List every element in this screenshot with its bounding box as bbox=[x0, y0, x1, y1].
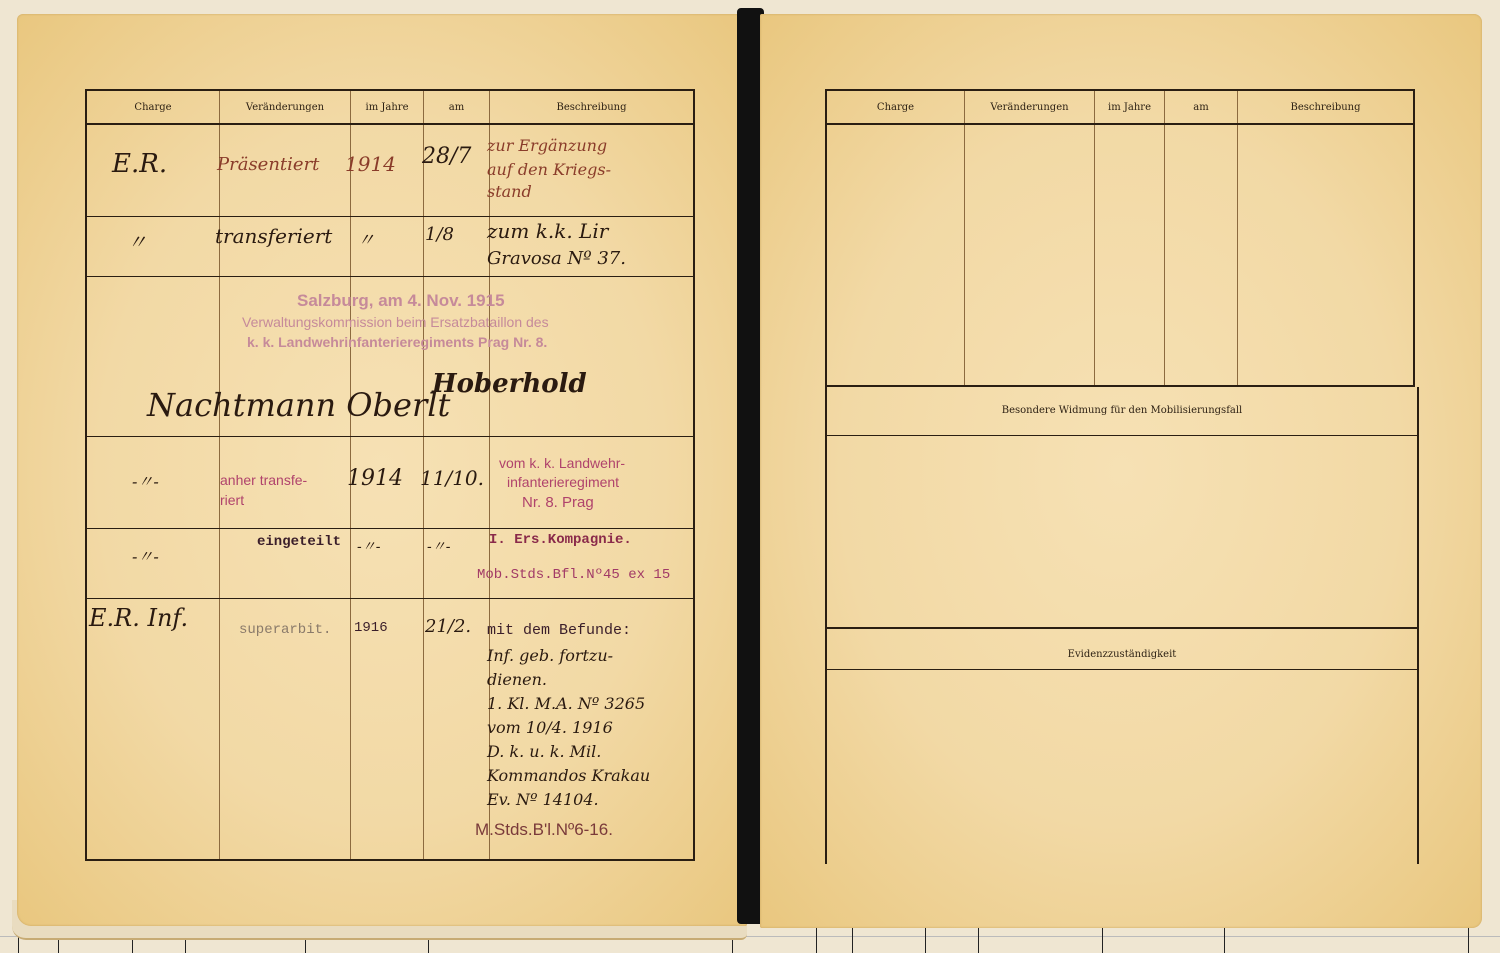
entry-1-jahr: 1914 bbox=[345, 152, 396, 176]
entry-6-beschreibung-line-6: D. k. u. k. Mil. bbox=[487, 742, 601, 761]
entry-2-am: 1/8 bbox=[425, 224, 454, 245]
entry-6-charge: E.R. Inf. bbox=[89, 604, 188, 632]
entry-6-beschreibung-line-1: mit dem Befunde: bbox=[487, 622, 631, 639]
column-header-veraenderungen: Veränderungen bbox=[965, 90, 1095, 124]
entry-4-veraenderung-line-1: anher transfe- bbox=[220, 472, 307, 488]
entry-4-beschreibung-line-3: Nr. 8. Prag bbox=[522, 494, 594, 511]
mobilization-section-title: Besondere Widmung für den Mobilisierungs… bbox=[827, 405, 1417, 416]
column-header-veraenderungen: Veränderungen bbox=[220, 90, 351, 124]
entry-5-reference: Mob.Stds.Bfl.Nº45 ex 15 bbox=[477, 567, 670, 583]
table-row bbox=[826, 124, 1414, 386]
right-page-frame: Besondere Widmung für den Mobilisierungs… bbox=[825, 387, 1419, 864]
entry-6-beschreibung-line-8: Ev. Nº 14104. bbox=[487, 790, 599, 809]
entry-5-charge: -〃- bbox=[132, 544, 159, 567]
entry-6-am: 21/2. bbox=[425, 616, 471, 637]
entry-4-beschreibung-line-1: vom k. k. Landwehr- bbox=[499, 455, 625, 471]
entry-4-veraenderung-line-2: riert bbox=[220, 492, 244, 508]
entry-1-beschreibung-line-3: stand bbox=[487, 182, 532, 201]
entry-6-beschreibung-line-3: dienen. bbox=[487, 670, 547, 689]
entry-6-beschreibung-line-4: 1. Kl. M.A. Nº 3265 bbox=[487, 694, 645, 713]
right-page: Charge Veränderungen im Jahre am Beschre… bbox=[760, 14, 1482, 928]
evidence-section-title: Evidenzzuständigkeit bbox=[827, 649, 1417, 660]
column-header-am: am bbox=[1165, 90, 1238, 124]
entry-4-jahr: 1914 bbox=[347, 466, 403, 491]
divider bbox=[827, 627, 1417, 629]
entry-1-beschreibung-line-1: zur Ergänzung bbox=[487, 136, 607, 155]
entry-4-beschreibung-line-2: infanterieregiment bbox=[507, 474, 619, 490]
salzburg-stamp-line-3: k. k. Landwehrinfanterieregiments Prag N… bbox=[247, 334, 547, 350]
left-page: Charge Veränderungen im Jahre am Beschre… bbox=[17, 14, 747, 926]
column-header-am: am bbox=[424, 90, 490, 124]
entry-2-charge: 〃 bbox=[127, 226, 147, 255]
entry-2-beschreibung-line-1: zum k.k. Lir bbox=[487, 219, 608, 243]
header-row: Charge Veränderungen im Jahre am Beschre… bbox=[826, 90, 1414, 124]
signature-left: Nachtmann Oberlt bbox=[147, 386, 450, 424]
column-header-jahr: im Jahre bbox=[1095, 90, 1165, 124]
entry-2-veraenderung: transferiert bbox=[215, 224, 332, 248]
column-header-beschreibung: Beschreibung bbox=[1238, 90, 1415, 124]
entry-1-am: 28/7 bbox=[422, 144, 471, 169]
column-header-charge: Charge bbox=[826, 90, 965, 124]
entry-1-veraenderung: Präsentiert bbox=[217, 154, 319, 175]
entry-5-veraenderung: eingeteilt bbox=[257, 534, 341, 550]
salzburg-stamp-line-2: Verwaltungskommission beim Ersatzbataill… bbox=[242, 314, 549, 330]
entry-6-beschreibung-line-7: Kommandos Krakau bbox=[487, 766, 650, 785]
entry-5-jahr: -〃- bbox=[357, 536, 380, 556]
entry-6-reference: M.Stds.B'l.Nº6-16. bbox=[475, 820, 613, 840]
entry-6-veraenderung: superarbit. bbox=[239, 622, 331, 638]
salzburg-stamp-line-1: Salzburg, am 4. Nov. 1915 bbox=[297, 291, 505, 311]
entry-6-beschreibung-line-2: Inf. geb. fortzu- bbox=[487, 646, 613, 665]
entry-4-charge: -〃- bbox=[132, 469, 159, 492]
entry-5-beschreibung: I. Ers.Kompagnie. bbox=[489, 532, 632, 548]
column-header-jahr: im Jahre bbox=[351, 90, 424, 124]
header-row: Charge Veränderungen im Jahre am Beschre… bbox=[86, 90, 694, 124]
signature-right: Hoberhold bbox=[432, 369, 587, 399]
column-header-charge: Charge bbox=[86, 90, 220, 124]
entry-2-jahr: 〃 bbox=[357, 226, 375, 252]
entry-1-beschreibung-line-2: auf den Kriegs- bbox=[487, 160, 611, 179]
entry-5-am: -〃- bbox=[427, 536, 450, 556]
entry-6-jahr: 1916 bbox=[354, 620, 388, 636]
entry-2-beschreibung-line-2: Gravosa Nº 37. bbox=[487, 248, 626, 269]
right-register-table: Charge Veränderungen im Jahre am Beschre… bbox=[825, 89, 1415, 387]
entry-1-charge: E.R. bbox=[112, 149, 167, 179]
divider bbox=[827, 669, 1417, 670]
divider bbox=[827, 435, 1417, 436]
entry-4-am: 11/10. bbox=[420, 466, 484, 490]
entry-6-beschreibung-line-5: vom 10/4. 1916 bbox=[487, 718, 613, 737]
column-header-beschreibung: Beschreibung bbox=[490, 90, 695, 124]
